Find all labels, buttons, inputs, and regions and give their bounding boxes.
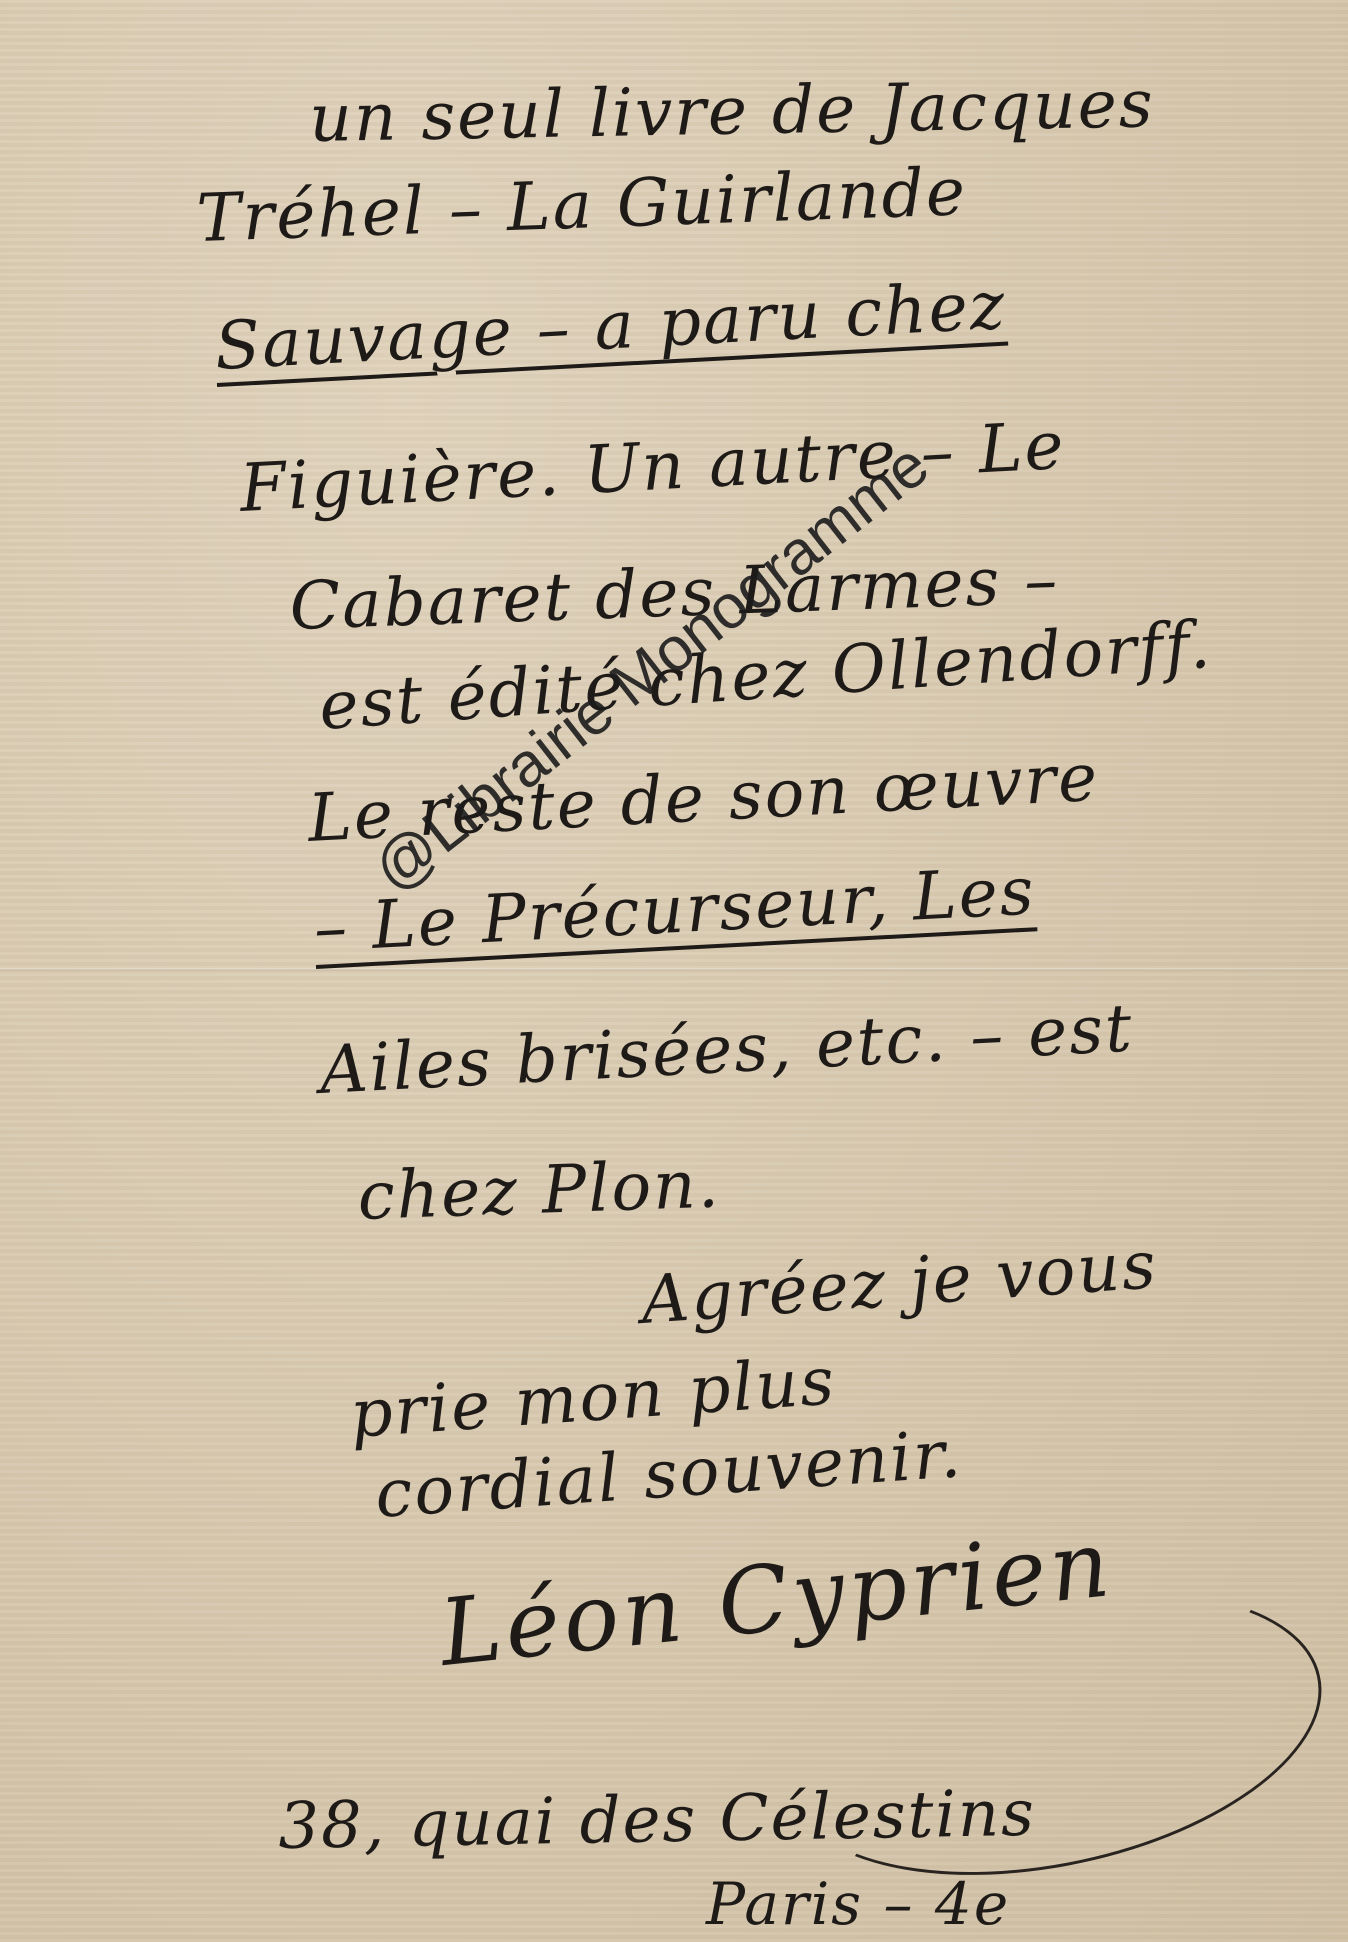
letter-line-1: un seul livre de Jacques [309, 65, 1156, 157]
address-street: 38, quai des Célestins [278, 1777, 1037, 1864]
address-city: Paris – 4e [706, 1870, 1010, 1938]
letter-line-10: chez Plon. [356, 1145, 721, 1235]
paper-fold-line [0, 968, 1348, 971]
